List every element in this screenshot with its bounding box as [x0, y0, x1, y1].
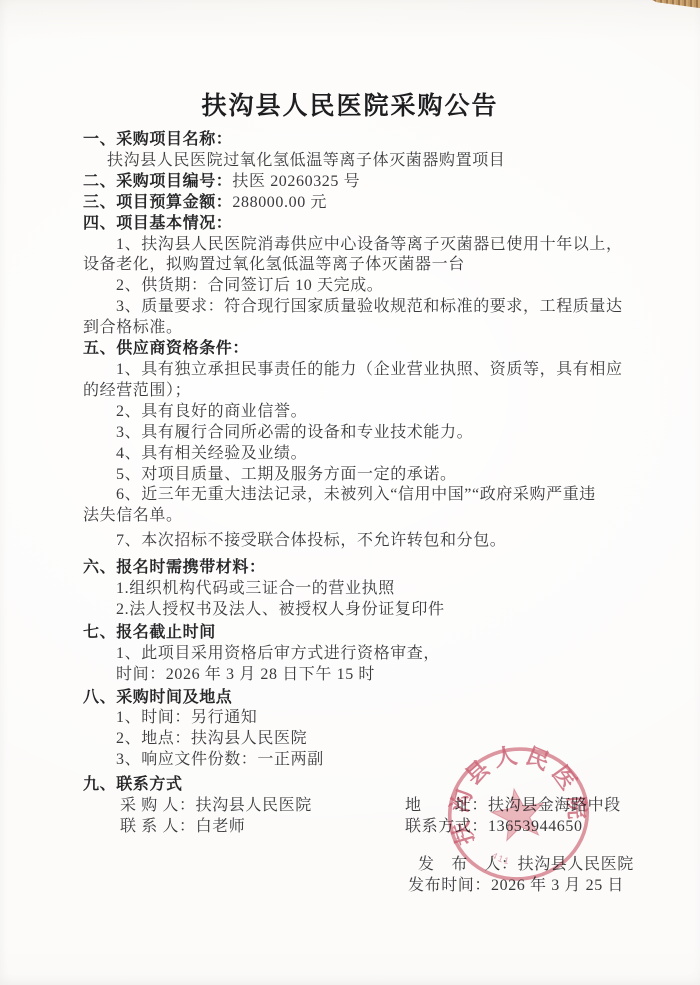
para-line: 时间：2026 年 3 月 28 日下午 15 时	[83, 665, 663, 686]
section-number: 二、	[83, 173, 116, 190]
section-title: 供应商资格条件：	[116, 340, 249, 357]
para-line: 2、地点：扶沟县人民医院	[83, 729, 663, 750]
contact-buyer: 采 购 人：扶沟县人民医院	[120, 797, 312, 814]
para-line: 设备老化，拟购置过氧化氢低温等离子体灭菌器一台	[83, 255, 663, 276]
document-body: 一、采购项目名称： 扶沟县人民医院过氧化氢低温等离子体灭菌器购置项目 二、采购项…	[83, 130, 663, 897]
contact-row: 采 购 人：扶沟县人民医院地 址：扶沟县金海路中段	[83, 796, 663, 817]
section-heading: 六、报名时需携带材料：	[83, 558, 663, 579]
section-heading: 七、报名截止时间	[83, 623, 663, 644]
document-page: 扶沟县人民医院采购公告 一、采购项目名称： 扶沟县人民医院过氧化氢低温等离子体灭…	[0, 0, 700, 985]
section-value: 288000.00 元	[232, 194, 327, 211]
para-line: 7、本次招标不接受联合体投标，不允许转包和分包。	[83, 531, 663, 552]
scan-artifact	[652, 0, 700, 9]
para-line: 扶沟县人民医院过氧化氢低温等离子体灭菌器购置项目	[83, 151, 663, 172]
section-title: 采购项目名称：	[116, 131, 232, 148]
section-title: 采购项目编号：	[116, 173, 232, 190]
para-line: 2.法人授权书及法人、被授权人身份证复印件	[83, 600, 663, 621]
para-line: 到合格标准。	[83, 318, 663, 339]
para-line: 6、近三年无重大违法记录，未被列入“信用中国”“政府采购严重违	[83, 485, 663, 506]
section-number: 三、	[83, 194, 116, 211]
para-line: 5、对项目质量、工期及服务方面一定的承诺。	[83, 465, 663, 486]
section-heading: 二、采购项目编号：扶医 20260325 号	[83, 172, 663, 193]
para-line: 的经营范围）；	[83, 381, 663, 402]
para-line: 2、供货期：合同签订后 10 天完成。	[83, 276, 663, 297]
section-title: 项目基本情况：	[116, 215, 232, 232]
section-heading: 八、采购时间及地点	[83, 688, 663, 709]
section-number: 六、	[83, 559, 116, 576]
publisher-line: 发 布 人：扶沟县人民医院	[418, 855, 663, 876]
page-title: 扶沟县人民医院采购公告	[0, 86, 700, 122]
para-line: 4、具有相关经验及业绩。	[83, 444, 663, 465]
section-heading: 四、项目基本情况：	[83, 214, 663, 235]
para-line: 1、具有独立承担民事责任的能力（企业营业执照、资质等，具有相应	[83, 360, 663, 381]
contact-phone: 联系方式：13653944650	[405, 817, 583, 838]
section-title: 报名截止时间	[116, 624, 216, 641]
section-title: 报名时需携带材料：	[116, 559, 265, 576]
section-title: 联系方式	[116, 776, 182, 793]
para-line: 3、具有履行合同所必需的设备和专业技术能力。	[83, 423, 663, 444]
para-line: 3、质量要求：符合现行国家质量验收规范和标准的要求，工程质量达	[83, 297, 663, 318]
section-number: 九、	[83, 776, 116, 793]
section-number: 八、	[83, 689, 116, 706]
para-line: 3、响应文件份数：一正两副	[83, 750, 663, 771]
section-heading: 九、联系方式	[83, 775, 663, 796]
contact-person: 联 系 人：白老师	[120, 818, 245, 835]
para-line: 1.组织机构代码或三证合一的营业执照	[83, 579, 663, 600]
section-title: 采购时间及地点	[116, 689, 232, 706]
para-line: 法失信名单。	[83, 506, 663, 527]
section-title: 项目预算金额：	[116, 194, 232, 211]
para-line: 1、此项目采用资格后审方式进行资格审查，	[83, 644, 663, 665]
contact-row: 联 系 人：白老师联系方式：13653944650	[83, 817, 663, 838]
contact-address: 地 址：扶沟县金海路中段	[405, 796, 621, 817]
para-line: 1、扶沟县人民医院消毒供应中心设备等离子灭菌器已使用十年以上，	[83, 235, 663, 256]
publish-date-line: 发布时间：2026 年 3 月 25 日	[408, 876, 663, 897]
para-line: 2、具有良好的商业信誉。	[83, 402, 663, 423]
section-number: 四、	[83, 215, 116, 232]
section-heading: 三、项目预算金额：288000.00 元	[83, 193, 663, 214]
section-number: 七、	[83, 624, 116, 641]
para-line: 1、时间：另行通知	[83, 708, 663, 729]
section-number: 一、	[83, 131, 116, 148]
section-value: 扶医 20260325 号	[232, 173, 360, 190]
section-heading: 一、采购项目名称：	[83, 130, 663, 151]
section-heading: 五、供应商资格条件：	[83, 339, 663, 360]
section-number: 五、	[83, 340, 116, 357]
